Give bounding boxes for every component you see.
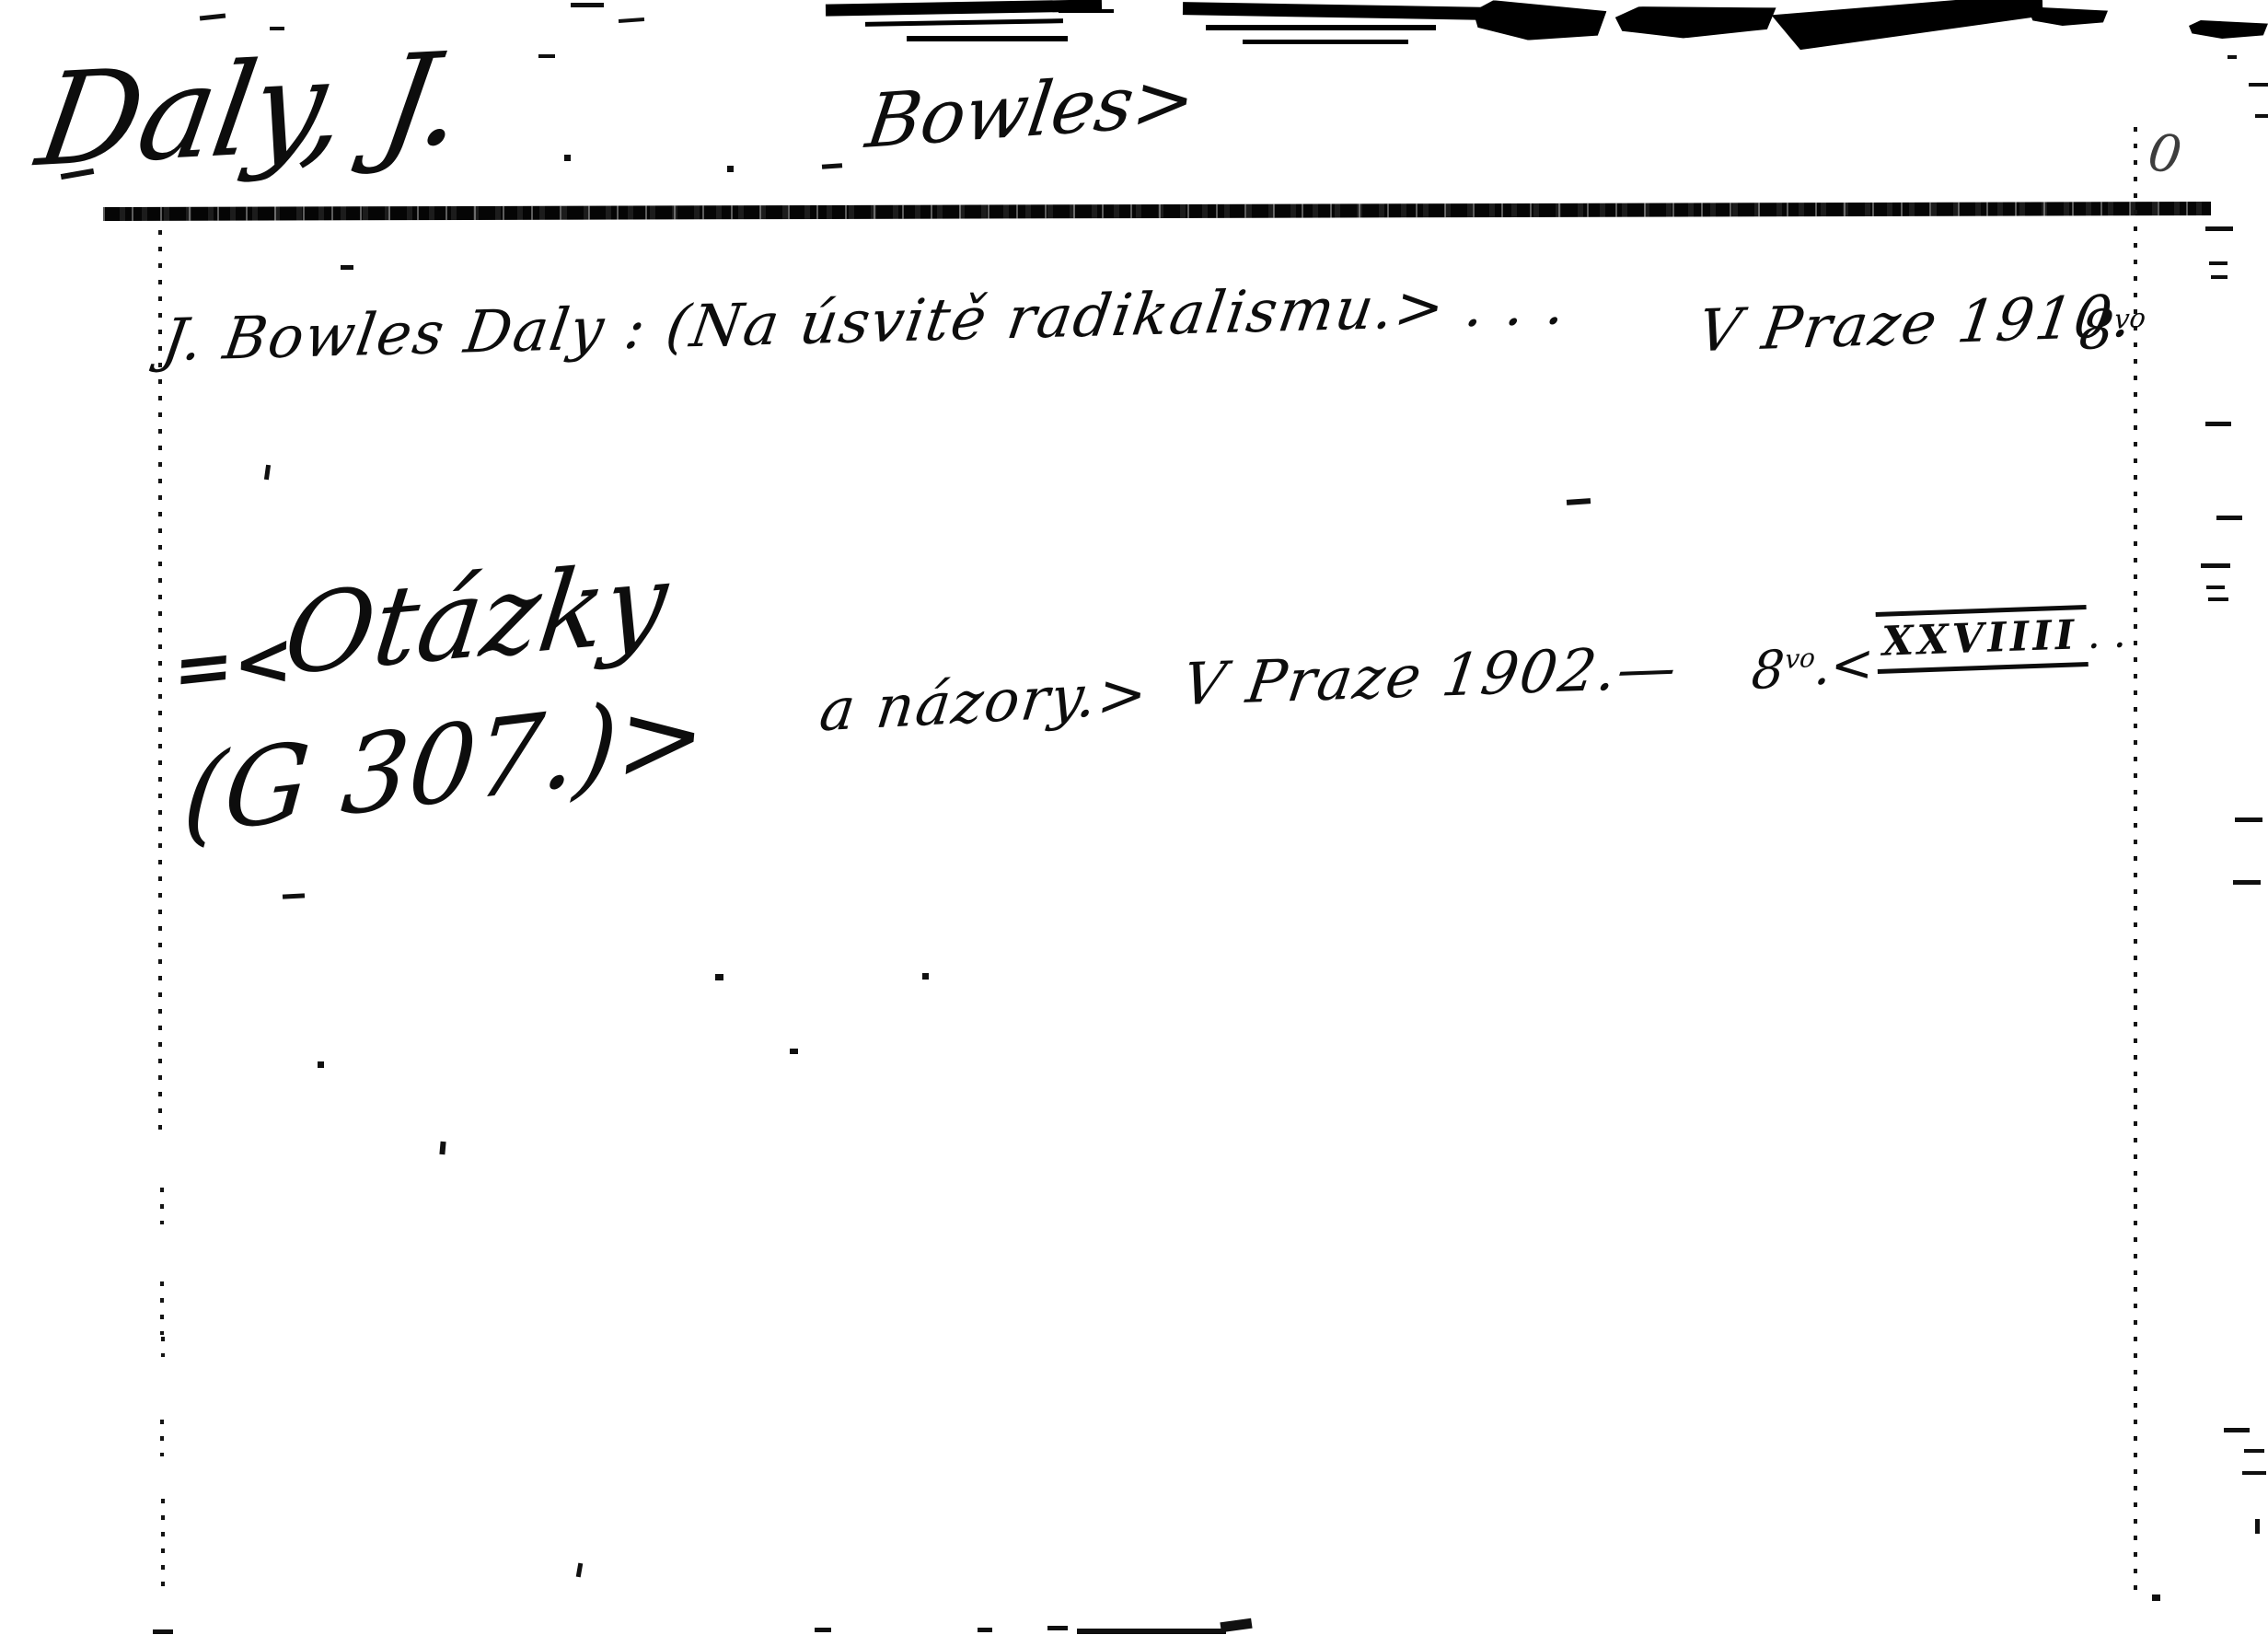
scan-speck — [2216, 516, 2242, 520]
scan-speck — [1077, 1629, 1226, 1634]
scan-speck — [2255, 114, 2268, 118]
scan-smudge — [2189, 20, 2268, 39]
scan-speck — [2227, 55, 2237, 59]
entry2-imprint: V Praze 1902.— — [1179, 638, 1682, 713]
scan-speck — [790, 1049, 798, 1054]
scan-smudge — [1183, 2, 1487, 20]
scan-speck — [318, 1061, 324, 1068]
scan-speck — [922, 973, 929, 980]
scan-speck — [2201, 563, 2230, 568]
entry2-title-continuation: a názory.> — [816, 664, 1151, 739]
scan-speck — [1220, 1618, 1252, 1633]
left-margin-dotted-line — [161, 1499, 165, 1586]
entry2-volume-roman-numeral: XXVIIII. . — [1876, 614, 2126, 663]
scan-speck — [2249, 83, 2268, 87]
scan-speck — [2205, 226, 2233, 231]
entry2-cross-ref-mark: =< — [172, 622, 295, 707]
scan-speck — [2209, 261, 2227, 265]
heading-reference-word: Bowles> — [862, 62, 1200, 159]
scan-speck — [2205, 422, 2231, 426]
left-margin-dotted-line — [160, 1281, 164, 1335]
scan-smudge — [865, 18, 1063, 27]
scan-smudge — [1472, 0, 1606, 43]
entry2-format: 8vo.< — [1750, 638, 1876, 699]
scan-speck — [270, 27, 284, 30]
scan-smudge — [1614, 2, 1776, 41]
scan-speck — [2224, 1428, 2250, 1432]
scan-speck — [727, 166, 734, 172]
entry1-format-number: 8 — [2077, 297, 2116, 362]
scan-speck — [2242, 1471, 2266, 1475]
scan-speck — [715, 974, 723, 980]
scan-smudge — [907, 36, 1068, 41]
scan-speck — [538, 54, 555, 58]
scan-smudge — [1243, 40, 1408, 44]
scan-smudge — [1206, 25, 1436, 30]
entry1-imprint: V Praze 1910. — [1695, 287, 2137, 361]
scan-speck — [283, 893, 305, 899]
entry1-author-title: J. Bowles Daly : (Na úsvitě radikalismu.… — [159, 274, 1572, 369]
scan-speck — [200, 14, 226, 21]
entry1-format: 8vo — [2077, 300, 2147, 357]
scan-speck — [341, 265, 353, 270]
scan-speck — [2208, 597, 2228, 601]
scan-speck — [619, 17, 644, 23]
scan-speck — [576, 1563, 584, 1578]
left-margin-dotted-line — [160, 1420, 164, 1456]
scan-speck — [439, 1142, 445, 1154]
scan-speck — [815, 1628, 831, 1632]
scan-speck — [2206, 586, 2225, 589]
entry2-format-number: 8 — [1750, 639, 1787, 702]
scan-speck — [2233, 880, 2261, 885]
left-margin-dotted-line — [160, 1188, 164, 1224]
heading-rule-line — [103, 202, 2211, 221]
entry2-format-tail: .< — [1812, 633, 1876, 698]
left-margin-dotted-line — [161, 1337, 165, 1357]
scan-speck — [2235, 817, 2262, 822]
roman-numeral-tail-dots: . . — [2086, 610, 2126, 658]
heading-author-name: Daly, J. — [30, 35, 470, 185]
roman-numeral-boxed: XXVIIII — [1876, 605, 2089, 674]
scan-speck — [564, 155, 571, 161]
catalog-card: Daly, J. Bowles> 0 J. Bowles Daly : (Na … — [0, 0, 2268, 1635]
scan-speck — [2211, 275, 2227, 279]
entry2-format-superscript: vo — [1784, 643, 1816, 676]
scan-smudge — [826, 0, 1102, 17]
scan-speck — [1567, 498, 1591, 505]
scan-speck — [978, 1628, 992, 1632]
scan-speck — [2244, 1449, 2264, 1453]
scan-smudge — [2030, 7, 2108, 26]
scan-speck — [2152, 1594, 2160, 1601]
corner-number: 0 — [2145, 127, 2184, 182]
scan-speck — [822, 163, 842, 169]
scan-speck — [264, 465, 271, 481]
scan-speck — [2255, 1519, 2260, 1534]
scan-speck — [1047, 1626, 1068, 1630]
scan-smudge — [1059, 9, 1114, 13]
scan-speck — [571, 3, 604, 7]
scan-speck — [153, 1629, 173, 1634]
entry2-title-word: Otázky — [279, 547, 673, 690]
scan-smudge — [1771, 0, 2044, 52]
entry2-shelfmark: (G 307.)> — [179, 679, 711, 852]
entry1-format-superscript: vo — [2113, 302, 2147, 335]
